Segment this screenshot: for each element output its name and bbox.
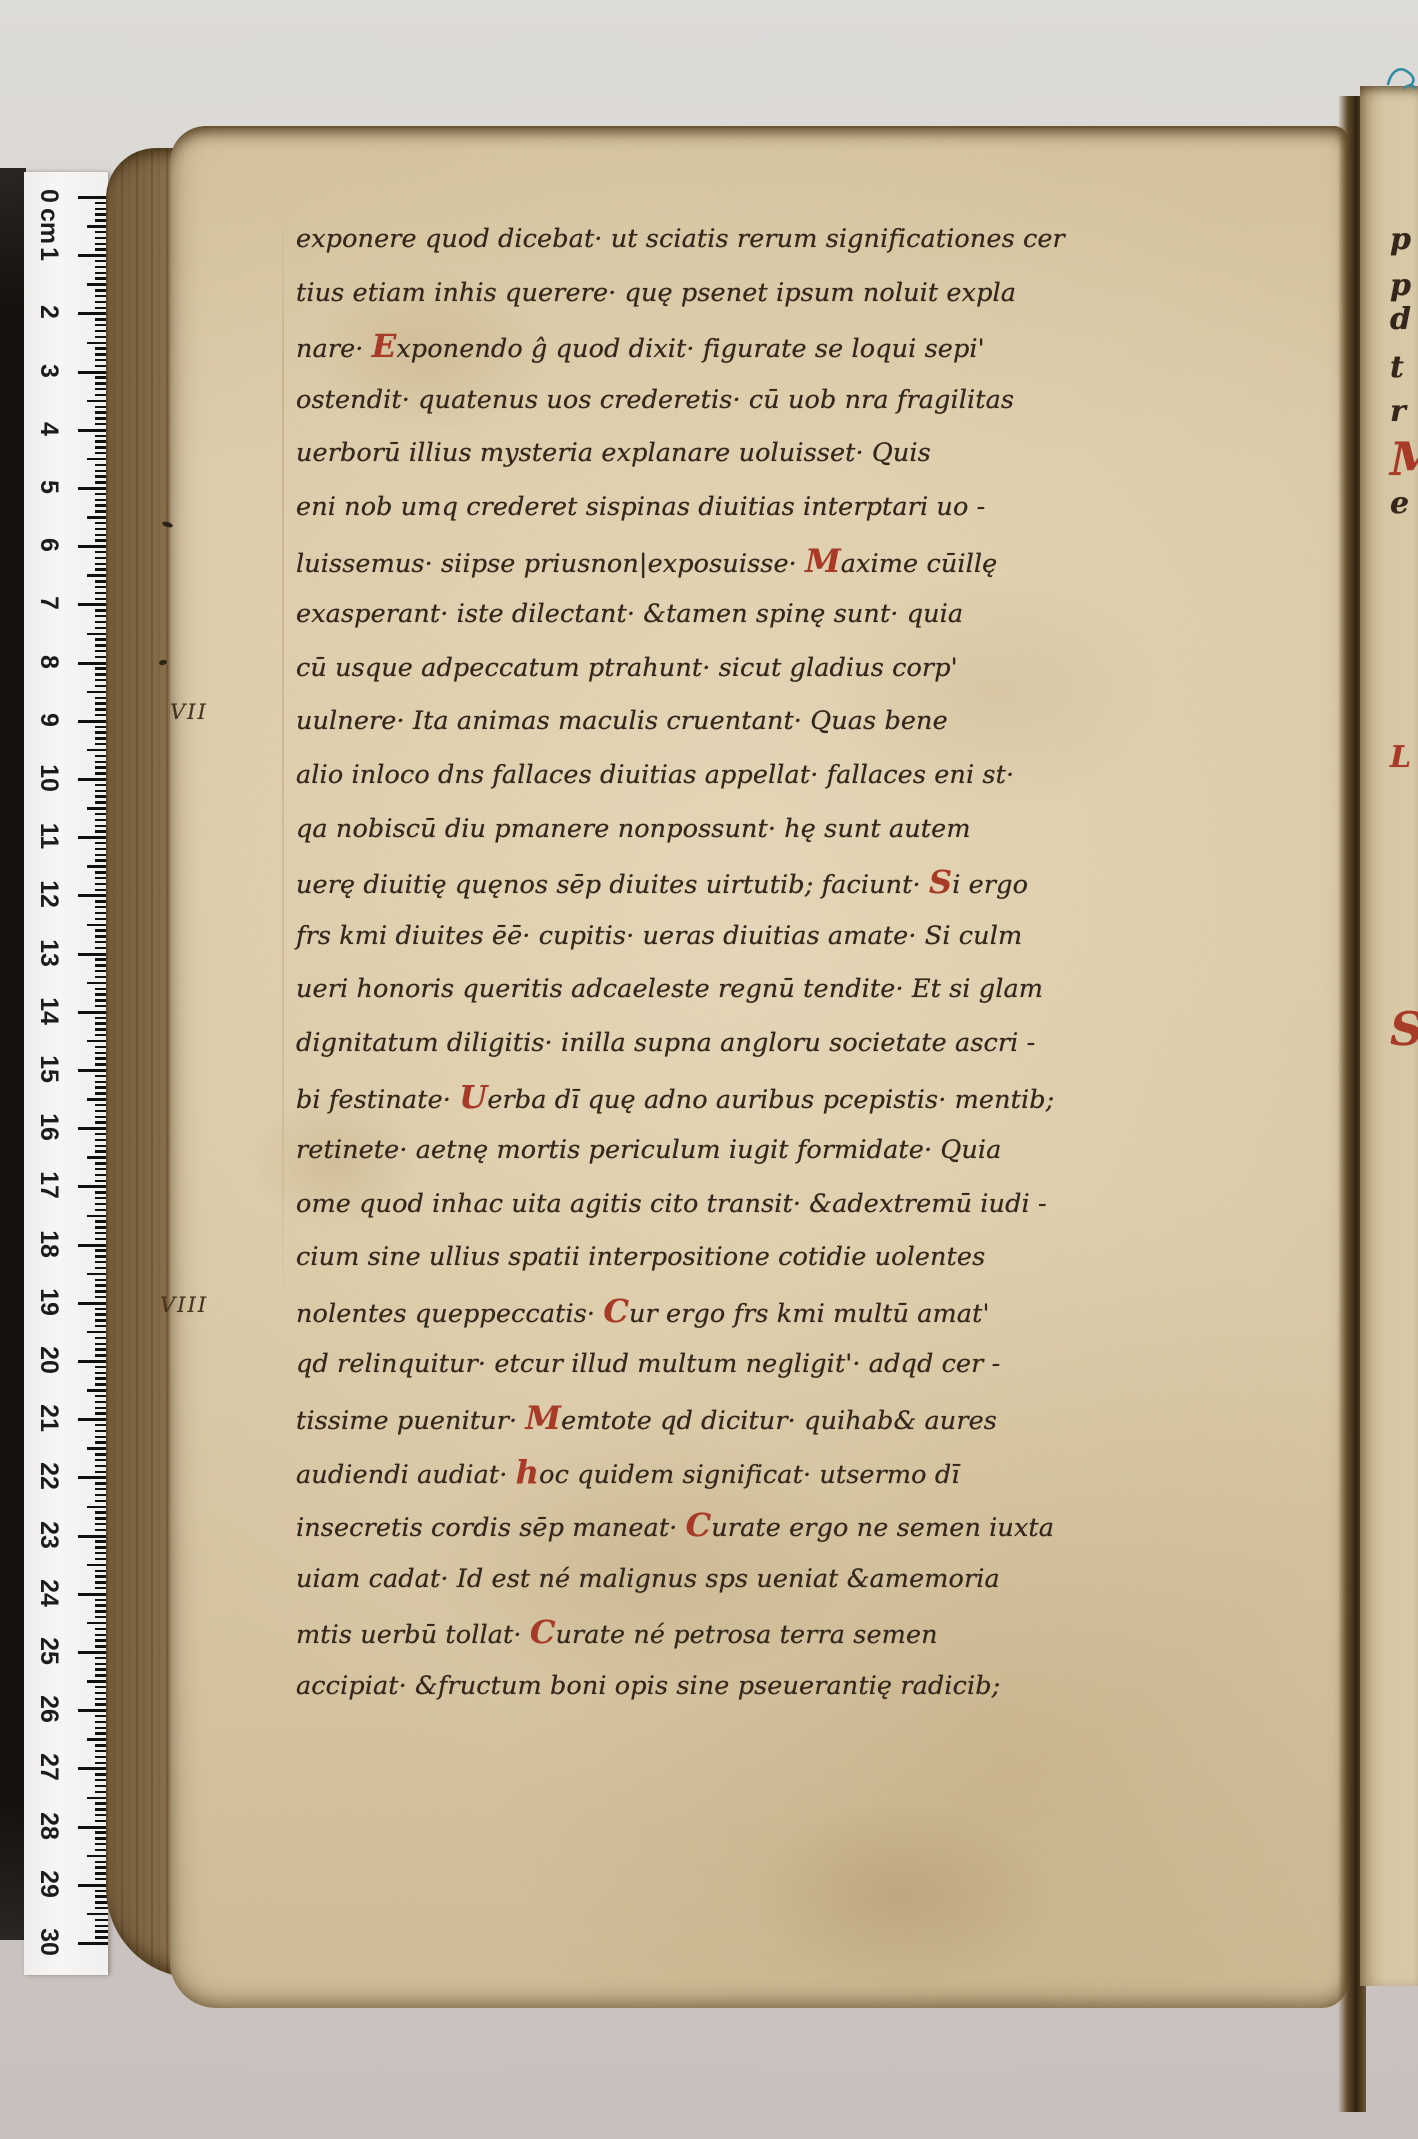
text-segment: qa nobiscū diu pmanere nonpossunt· hę su… (296, 814, 971, 844)
ruler-number: 15 (34, 1054, 64, 1084)
text-line: mtis uerbū tollat· Curate né petrosa ter… (296, 1606, 986, 1660)
text-line: retinete· aetnę mortis periculum iugit f… (296, 1124, 986, 1178)
text-segment: bi festinate· (296, 1085, 459, 1115)
ruler-number: 29 (34, 1869, 64, 1899)
text-segment: frs kmi diuites ēē· cupitis· ueras diuit… (296, 921, 1022, 951)
text-segment: emtote qd dicitur· quihab& aures (561, 1406, 997, 1436)
ruler-tick (87, 633, 108, 636)
text-segment: uiam cadat· Id est né malignus sps uenia… (296, 1564, 1000, 1594)
text-segment: uulnere· Ita animas maculis cruentant· Q… (296, 706, 948, 736)
ruler-tick (87, 1389, 108, 1392)
ruler-tick (78, 894, 108, 897)
ruler-tick (87, 516, 108, 519)
ruler-tick (78, 1826, 108, 1829)
ruler-number: cm (34, 211, 64, 241)
ruler-tick (87, 574, 108, 577)
ruler: 0cm1234567891011121314151617181920212223… (24, 172, 108, 1975)
ruler-tick (87, 400, 108, 403)
ruler-number: 4 (34, 414, 64, 444)
ruler-tick (78, 1651, 108, 1654)
ruler-tick (95, 1907, 108, 1909)
text-segment: exasperant· iste dilectant· &tamen spinę… (296, 599, 963, 629)
ruler-tick (87, 283, 108, 286)
ruler-number: 3 (34, 356, 64, 386)
facing-page-fragment: p (1390, 222, 1411, 257)
ruler-number: 26 (34, 1694, 64, 1724)
ruler-tick (87, 458, 108, 461)
ruler-tick (95, 1919, 108, 1921)
ruler-number: 19 (34, 1287, 64, 1317)
text-segment: mtis uerbū tollat· (296, 1620, 530, 1650)
ruler-tick (78, 1360, 108, 1363)
text-line: ueri honoris queritis adcaeleste regnū t… (296, 963, 986, 1017)
ruler-tick (87, 1215, 108, 1218)
text-segment: cū usque adpeccatum ptrahunt· sicut glad… (296, 653, 958, 683)
facing-page-fragment: L (1390, 740, 1411, 775)
ruler-tick (87, 807, 108, 810)
rubric-initial: S (929, 863, 952, 901)
ruler-tick (78, 662, 108, 665)
ruler-number: 8 (34, 647, 64, 677)
text-line: frs kmi diuites ēē· cupitis· ueras diuit… (296, 910, 986, 964)
ruler-number: 9 (34, 705, 64, 735)
ruler-number: 17 (34, 1170, 64, 1200)
ruler-tick (95, 1936, 108, 1938)
ruler-number: 5 (34, 472, 64, 502)
text-line: alio inloco dns fallaces diuitias appell… (296, 749, 986, 803)
rubric-initial: E (372, 327, 397, 365)
manuscript-photo: 0cm1234567891011121314151617181920212223… (0, 0, 1418, 2139)
ruler-tick (78, 720, 108, 723)
rubric-initial: U (459, 1078, 487, 1116)
text-line: cium sine ullius spatii interpositione c… (296, 1231, 986, 1285)
ruler-number: 11 (34, 821, 64, 851)
ruler-number: 24 (34, 1578, 64, 1608)
text-segment: erba dī quę adno auribus pcepistis· ment… (487, 1085, 1054, 1115)
text-segment: ur ergo frs kmi multū amat' (629, 1299, 990, 1329)
ruler-tick (78, 1244, 108, 1247)
ruler-tick (78, 603, 108, 606)
rubric-initial: h (516, 1453, 539, 1491)
text-segment: tissime puenitur· (296, 1406, 525, 1436)
ruler-tick (87, 1680, 108, 1683)
text-line: dignitatum diligitis· inilla supna anglo… (296, 1017, 986, 1071)
ruler-tick (87, 1447, 108, 1450)
text-line: insecretis cordis sēp maneat· Curate erg… (296, 1499, 986, 1553)
text-segment: uerę diuitię quęnos sēp diuites uirtutib… (296, 870, 929, 900)
facing-page-fragment: t (1390, 350, 1404, 385)
ruler-tick (87, 1855, 108, 1858)
ruler-tick (87, 1098, 108, 1101)
text-block: exponere quod dicebat· ut sciatis rerum … (296, 213, 986, 1714)
text-segment: nolentes queppeccatis· (296, 1299, 603, 1329)
ruler-number: 23 (34, 1520, 64, 1550)
facing-page-fragment: r (1390, 394, 1406, 429)
ruler-tick (87, 924, 108, 927)
text-line: uiam cadat· Id est né malignus sps uenia… (296, 1553, 986, 1607)
ruler-tick (87, 1156, 108, 1159)
ruler-number: 30 (34, 1927, 64, 1957)
facing-page-edge: ppdtrMeLS (1360, 86, 1418, 1986)
ruler-tick (87, 1913, 108, 1916)
ruler-tick (87, 691, 108, 694)
ruler-tick (87, 342, 108, 345)
ruler-tick (87, 1738, 108, 1741)
ruler-number: 1 (34, 239, 64, 269)
ruler-number: 28 (34, 1811, 64, 1841)
ruler-tick (78, 196, 108, 199)
text-segment: insecretis cordis sēp maneat· (296, 1513, 686, 1543)
text-segment: urate né petrosa terra semen (555, 1620, 937, 1650)
ruler-number: 13 (34, 938, 64, 968)
ruler-tick (87, 1622, 108, 1625)
facing-page-fragment: d (1390, 302, 1411, 337)
text-segment: ueri honoris queritis adcaeleste regnū t… (296, 974, 1043, 1004)
ruler-tick (87, 865, 108, 868)
ruler-number: 2 (34, 297, 64, 327)
margin-numeral-vii: VII (170, 700, 208, 724)
text-line: nolentes queppeccatis· Cur ergo frs kmi … (296, 1285, 986, 1339)
text-segment: uerborū illius mysteria explanare uoluis… (296, 438, 931, 468)
text-line: qd relinquitur· etcur illud multum negli… (296, 1338, 986, 1392)
ruler-tick (78, 1418, 108, 1421)
margin-numeral-viii: VIII (160, 1293, 208, 1317)
ruler-tick (78, 1593, 108, 1596)
rubric-initial: C (530, 1613, 556, 1651)
text-segment: qd relinquitur· etcur illud multum negli… (296, 1349, 1000, 1379)
text-line: cū usque adpeccatum ptrahunt· sicut glad… (296, 642, 986, 696)
ruler-tick (78, 1535, 108, 1538)
text-segment: tius etiam inhis querere· quę psenet ips… (296, 278, 1016, 308)
text-line: eni nob umq crederet sispinas diuitias i… (296, 481, 986, 535)
ruler-tick (78, 1127, 108, 1130)
ruler-number: 25 (34, 1636, 64, 1666)
ruler-number: 16 (34, 1112, 64, 1142)
ruler-number: 18 (34, 1229, 64, 1259)
ruler-tick (78, 1302, 108, 1305)
rubric-initial: M (805, 542, 841, 580)
text-line: qa nobiscū diu pmanere nonpossunt· hę su… (296, 803, 986, 857)
text-segment: cium sine ullius spatii interpositione c… (296, 1242, 985, 1272)
ruler-tick (78, 371, 108, 374)
ruler-tick (87, 1040, 108, 1043)
text-line: ostendit· quatenus uos crederetis· cū uo… (296, 374, 986, 428)
text-segment: axime cūillę (841, 549, 998, 579)
ruler-tick (78, 778, 108, 781)
ruler-tick (78, 836, 108, 839)
text-line: luissemus· siipse priusnon|exposuisse· M… (296, 535, 986, 589)
ruler-tick (78, 429, 108, 432)
ruler-number: 27 (34, 1752, 64, 1782)
ruler-tick (78, 312, 108, 315)
ruler-tick (95, 1930, 108, 1932)
text-line: nare· Exponendo ĝ quod dixit· figurate s… (296, 320, 986, 374)
text-line: uulnere· Ita animas maculis cruentant· Q… (296, 695, 986, 749)
facing-page-fragment: S (1390, 1002, 1418, 1056)
ruling-crease-line (282, 205, 284, 1325)
text-segment: eni nob umq crederet sispinas diuitias i… (296, 492, 985, 522)
rubric-initial: C (686, 1506, 712, 1544)
ruler-number: 0 (34, 181, 64, 211)
text-line: accipiat· &fructum boni opis sine pseuer… (296, 1660, 986, 1714)
ruler-tick (78, 1767, 108, 1770)
text-line: ome quod inhac uita agitis cito transit·… (296, 1178, 986, 1232)
ruler-number: 20 (34, 1345, 64, 1375)
text-segment: audiendi audiat· (296, 1460, 516, 1490)
ruler-tick (78, 1185, 108, 1188)
scan-cradle-shadow (0, 168, 26, 1940)
text-segment: ostendit· quatenus uos crederetis· cū uo… (296, 385, 1014, 415)
text-segment: dignitatum diligitis· inilla supna anglo… (296, 1028, 1035, 1058)
ruler-number: 12 (34, 879, 64, 909)
ruler-tick (78, 1942, 108, 1945)
ruler-tick (78, 1884, 108, 1887)
text-line: tius etiam inhis querere· quę psenet ips… (296, 267, 986, 321)
ruler-number: 14 (34, 996, 64, 1026)
text-segment: exponere quod dicebat· ut sciatis rerum … (296, 224, 1065, 254)
ruler-tick (87, 225, 108, 228)
ruler-tick (78, 545, 108, 548)
ruler-tick (78, 1709, 108, 1712)
ruler-tick (87, 1506, 108, 1509)
ruler-tick (87, 1331, 108, 1334)
ruler-tick (95, 1925, 108, 1927)
ruler-tick (78, 1011, 108, 1014)
facing-page-fragment: p (1390, 268, 1411, 303)
ruler-number: 21 (34, 1403, 64, 1433)
text-segment: accipiat· &fructum boni opis sine pseuer… (296, 1671, 1000, 1701)
ruler-number: 10 (34, 763, 64, 793)
text-segment: ome quod inhac uita agitis cito transit·… (296, 1189, 1047, 1219)
ruler-tick (78, 254, 108, 257)
ruler-tick (78, 1476, 108, 1479)
ruler-tick (87, 1273, 108, 1276)
ruler-tick (87, 1564, 108, 1567)
text-segment: alio inloco dns fallaces diuitias appell… (296, 760, 1014, 790)
facing-page-fragment: e (1390, 486, 1409, 521)
text-segment: oc quidem significat· utsermo dī (539, 1460, 959, 1490)
ruler-tick (87, 749, 108, 752)
text-segment: urate ergo ne semen iuxta (711, 1513, 1054, 1543)
text-line: uerę diuitię quęnos sēp diuites uirtutib… (296, 856, 986, 910)
ruler-number: 7 (34, 588, 64, 618)
ruler-tick (78, 487, 108, 490)
ruler-number: 6 (34, 530, 64, 560)
ruler-tick (87, 982, 108, 985)
text-segment: luissemus· siipse priusnon|exposuisse· (296, 549, 805, 579)
facing-page-fragment: M (1390, 432, 1418, 486)
ruler-number: 22 (34, 1461, 64, 1491)
rubric-initial: M (525, 1399, 561, 1437)
text-segment: nare· (296, 334, 372, 364)
text-segment: retinete· aetnę mortis periculum iugit f… (296, 1135, 1001, 1165)
rubric-initial: C (603, 1292, 629, 1330)
text-line: exasperant· iste dilectant· &tamen spinę… (296, 588, 986, 642)
text-line: exponere quod dicebat· ut sciatis rerum … (296, 213, 986, 267)
ruler-tick (78, 953, 108, 956)
text-line: tissime puenitur· Memtote qd dicitur· qu… (296, 1392, 986, 1446)
blue-ink-mark-icon (1384, 62, 1418, 94)
text-line: audiendi audiat· hoc quidem significat· … (296, 1446, 986, 1500)
text-segment: xponendo ĝ quod dixit· figurate se loqui… (396, 334, 984, 364)
ruler-tick (87, 1797, 108, 1800)
text-line: uerborū illius mysteria explanare uoluis… (296, 427, 986, 481)
ruler-tick (78, 1069, 108, 1072)
text-segment: i ergo (952, 870, 1028, 900)
text-line: bi festinate· Uerba dī quę adno auribus … (296, 1071, 986, 1125)
